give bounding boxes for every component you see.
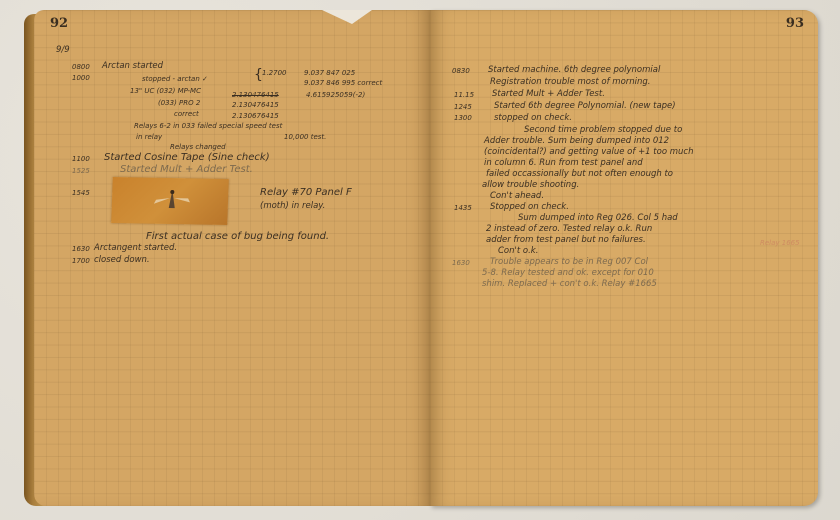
entry-text: Relay #70 Panel F: [260, 188, 352, 198]
entry-text: Con't ahead.: [490, 192, 544, 201]
entry-text: (coincidental?) and getting value of +1 …: [484, 148, 693, 157]
entry-text: (moth) in relay.: [260, 202, 325, 211]
entry-text: 2 instead of zero. Tested relay o.k. Run: [486, 225, 652, 234]
entry-text: shim. Replaced + con't o.k. Relay #1665: [482, 280, 657, 289]
entry-text: Started 6th degree Polynomial. (new tape…: [494, 102, 676, 111]
entry-text: stopped on check.: [494, 114, 572, 123]
page-number-left: 92: [50, 16, 68, 31]
page-tear: [322, 10, 372, 24]
entry-time: 1630: [452, 260, 470, 267]
entry-text: Arctan started: [102, 62, 163, 71]
entry-text: (033) PRO 2: [158, 100, 200, 107]
entry-text: in relay: [136, 134, 162, 141]
calc-value-struck: 2.130476415: [232, 92, 279, 99]
calc-value: 1.2700: [262, 70, 287, 77]
entry-time: 0800: [72, 64, 90, 71]
entry-text: allow trouble shooting.: [482, 181, 579, 190]
entry-text: Relays 6-2 in 033 failed special speed t…: [134, 123, 282, 130]
entry-text: Arctangent started.: [94, 244, 177, 253]
entry-text: 5-8. Relay tested and ok. except for 010: [482, 269, 654, 278]
entry-text: in column 6. Run from test panel and: [484, 159, 643, 168]
entry-time: 1630: [72, 246, 90, 253]
entry-text: Second time problem stopped due to: [524, 126, 682, 135]
entry-text: Relays changed: [170, 144, 226, 151]
left-page: 92 9/9 0800 Arctan started 1000 stopped …: [34, 10, 430, 506]
entry-text: Started Mult + Adder Test.: [492, 90, 605, 99]
entry-time: 1700: [72, 258, 90, 265]
calc-note: 10,000 test.: [284, 134, 326, 141]
entry-text: failed occassionally but not often enoug…: [486, 170, 673, 179]
entry-text: correct: [174, 111, 199, 118]
entry-text: Started Cosine Tape (Sine check): [104, 153, 270, 163]
logbook-notebook: 92 9/9 0800 Arctan started 1000 stopped …: [24, 10, 820, 508]
entry-time: 1100: [72, 156, 90, 163]
entry-text: Sum dumped into Reg 026. Col 5 had: [518, 214, 678, 223]
entry-time: 1300: [454, 115, 472, 122]
entry-text: Con't o.k.: [498, 247, 538, 256]
moth-icon: [152, 186, 193, 215]
page-number-right: 93: [786, 16, 804, 31]
entry-text: Trouble appears to be in Reg 007 Col: [490, 258, 648, 267]
right-page: 93 0830 Started machine. 6th degree poly…: [430, 10, 818, 506]
entry-text: closed down.: [94, 256, 150, 265]
calc-value: 2.130476415: [232, 102, 279, 109]
entry-time: 1000: [72, 75, 90, 82]
entry-text: Adder trouble. Sum being dumped into 012: [484, 137, 669, 146]
entry-time: 1525: [72, 168, 90, 175]
entry-date: 9/9: [56, 46, 70, 55]
calc-value: 2.130676415: [232, 113, 279, 120]
calc-value: 4.615925059(-2): [306, 92, 365, 99]
entry-text: Registration trouble most of morning.: [490, 78, 651, 87]
bug-found-note: First actual case of bug being found.: [146, 232, 329, 242]
margin-note: Relay 1665: [760, 240, 800, 247]
entry-time: 11.15: [454, 92, 474, 99]
entry-text: stopped - arctan ✓: [142, 76, 208, 83]
calc-value: 9.037 846 995 correct: [304, 80, 382, 87]
calc-value: 9.037 847 025: [304, 70, 355, 77]
taped-moth: [111, 177, 229, 225]
entry-text: adder from test panel but no failures.: [486, 236, 646, 245]
entry-text: Started machine. 6th degree polynomial: [488, 66, 660, 75]
entry-time: 0830: [452, 68, 470, 75]
entry-text: Started Mult + Adder Test.: [120, 165, 253, 175]
entry-text: Stopped on check.: [490, 203, 569, 212]
entry-time: 1245: [454, 104, 472, 111]
entry-time: 1435: [454, 205, 472, 212]
entry-text: 13" UC (032) MP-MC: [130, 88, 201, 95]
entry-time: 1545: [72, 190, 90, 197]
